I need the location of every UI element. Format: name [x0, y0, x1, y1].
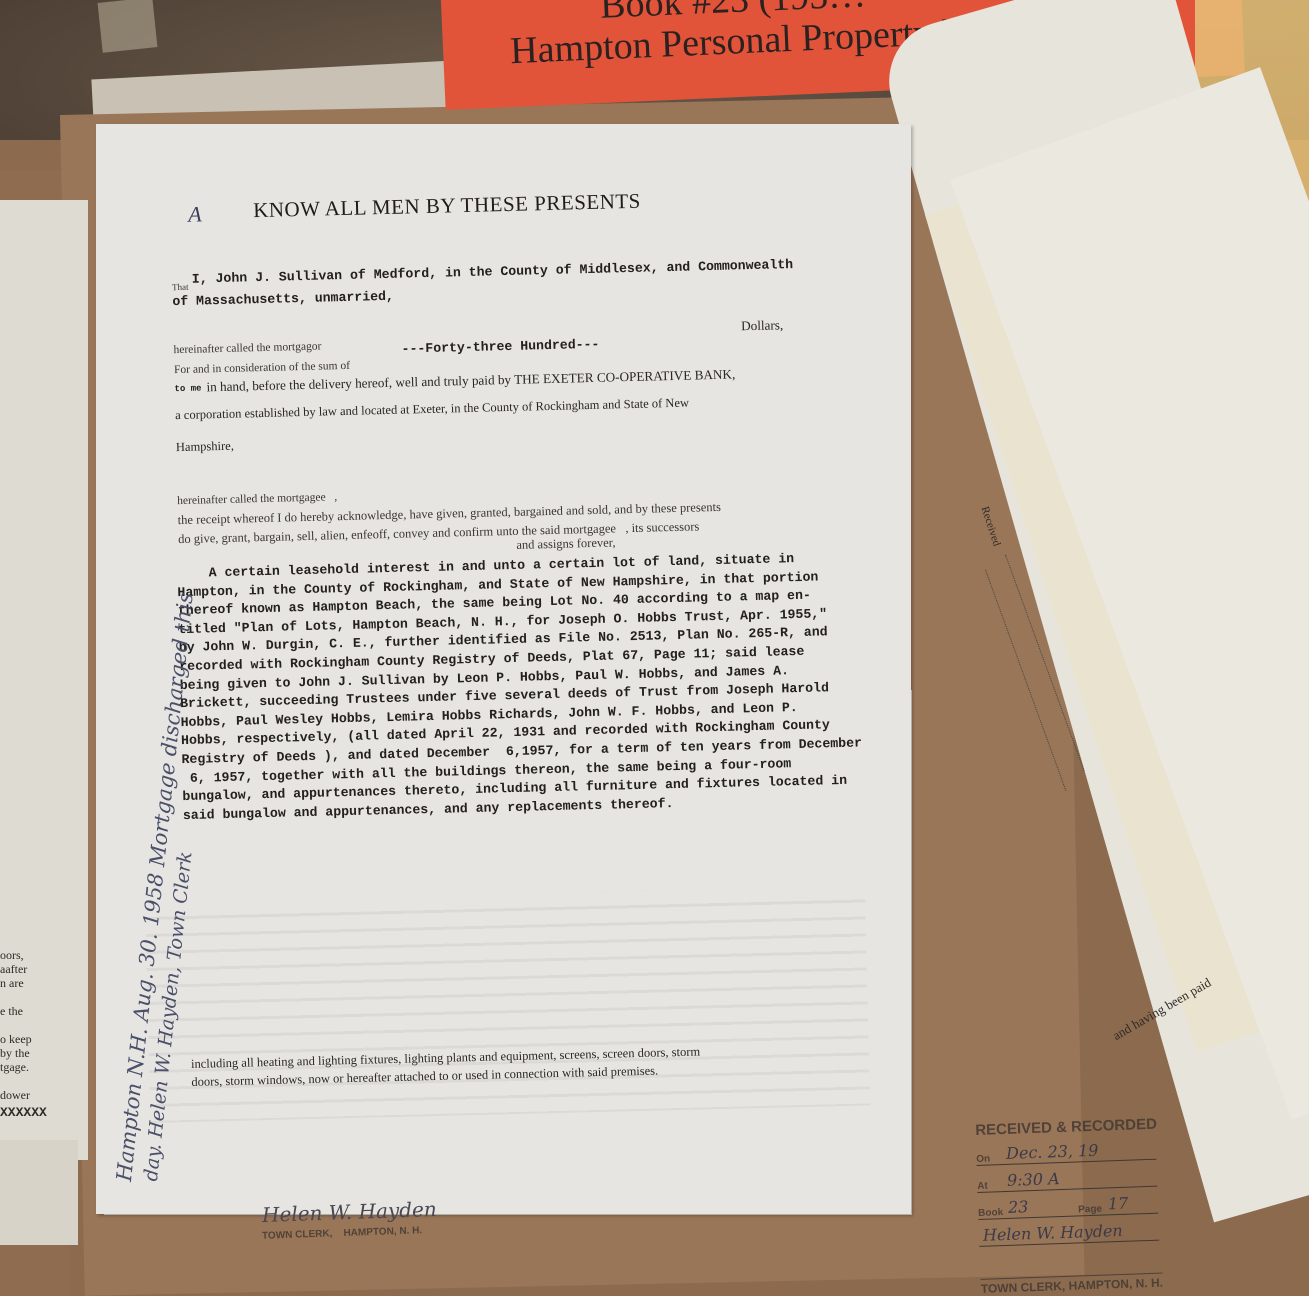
stamp-signature: Helen W. Hayden [983, 1221, 1123, 1245]
tape-piece [98, 0, 158, 53]
hampshire-line: Hampshire, [176, 439, 234, 455]
grantor-line: I, John J. Sullivan of Medford, in the C… [192, 257, 794, 287]
left-page-text: oors, aafter n are e the o keep by the t… [0, 948, 32, 1102]
stamp-book-key: Book [978, 1207, 1003, 1219]
stamp-page-value: 17 [1108, 1194, 1129, 1214]
left-page-struck-text: XXXXXX [0, 1105, 47, 1120]
stamp-on-key: On [976, 1153, 990, 1164]
stamp-signature-row: Helen W. Hayden [978, 1214, 1159, 1247]
stamp-at-value: 9:30 A [1007, 1169, 1060, 1190]
stamp-at-key: At [977, 1181, 988, 1192]
recorded-stamp: RECEIVED & RECORDED On Dec. 23, 19 At 9:… [975, 1116, 1163, 1296]
mortgage-document: A KNOW ALL MEN BY THESE PRESENTS That I,… [96, 124, 911, 1214]
stamp-book-value: 23 [1008, 1197, 1029, 1217]
to-me-label: to me [174, 384, 201, 395]
corner-mark: A [188, 201, 202, 227]
consideration-label: For and in consideration of the sum of [174, 360, 350, 376]
corporation-line: a corporation established by law and loc… [175, 396, 689, 424]
document-heading: KNOW ALL MEN BY THESE PRESENTS [253, 189, 641, 223]
left-page-under [0, 1140, 78, 1245]
sum-amount: ---Forty-three Hundred--- [401, 337, 599, 357]
mortgagee-label: hereinafter called the mortgagee , [177, 491, 337, 507]
dollars-label: Dollars, [741, 317, 784, 334]
stamp-page-key: Page [1078, 1204, 1102, 1216]
grantor-line-2: of Massachusetts, unmarried, [172, 289, 394, 309]
assigns-line: and assigns forever, [516, 535, 615, 552]
mortgagor-label: hereinafter called the mortgagor [173, 341, 321, 357]
stamp-on-value: Dec. 23, 19 [1006, 1141, 1099, 1163]
that-prefix: That [172, 282, 189, 292]
